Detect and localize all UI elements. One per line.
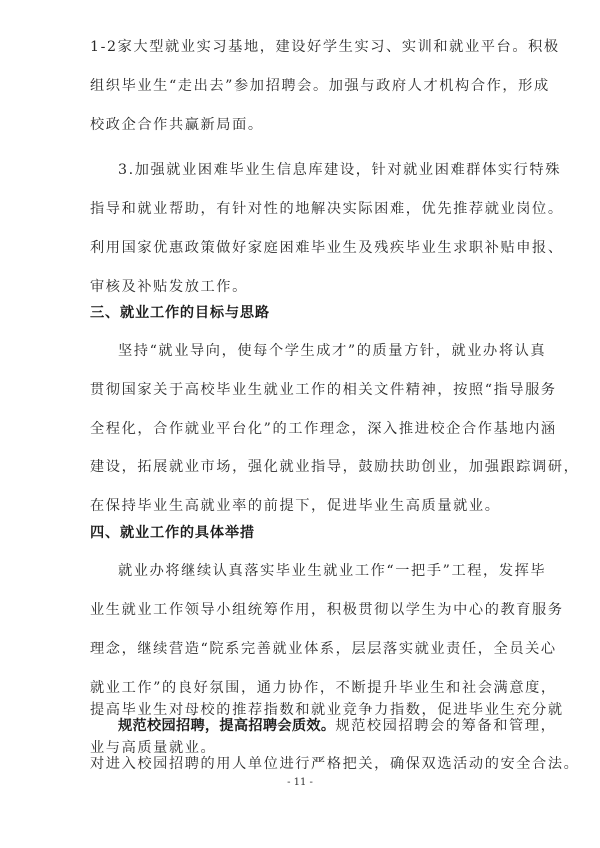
paragraph-line: 业生就业工作领导小组统筹作用，积极贯彻以学生为中心的教育服务 — [90, 600, 515, 620]
paragraph-line: 理念，继续营造“院系完善就业体系，层层落实就业责任，全员关心 — [90, 639, 515, 659]
paragraph-line: 1-2家大型就业实习基地，建设好学生实习、实训和就业平台。积极 — [90, 37, 515, 57]
page-number: - 11 - — [0, 777, 600, 788]
paragraph-text: 规范校园招聘会的筹备和管理， — [335, 718, 556, 734]
paragraph-line: 建设，拓展就业市场，强化就业指导，鼓励扶助创业，加强跟踪调研， — [90, 457, 515, 477]
section-heading-3: 三、就业工作的目标与思路 — [90, 303, 515, 323]
paragraph-line: 在保持毕业生高就业率的前提下，促进毕业生高质量就业。 — [90, 496, 515, 516]
paragraph-line: 组织毕业生“走出去”参加招聘会。加强与政府人才机构合作，形成 — [90, 76, 515, 96]
paragraph-line: 贯彻国家关于高校毕业生就业工作的相关文件精神，按照“指导服务 — [90, 380, 515, 400]
paragraph-line: 就业工作”的良好氛围，通力协作，不断提升毕业生和社会满意度， — [90, 678, 515, 698]
document-page: 1-2家大型就业实习基地，建设好学生实习、实训和就业平台。积极 组织毕业生“走出… — [0, 0, 600, 848]
paragraph-line: 3.加强就业困难毕业生信息库建设，针对就业困难群体实行特殊 — [118, 160, 515, 180]
paragraph-line: 校政企合作共赢新局面。 — [90, 115, 515, 135]
paragraph-line: 利用国家优惠政策做好家庭困难毕业生及残疾毕业生求职补贴申报、 — [90, 238, 515, 258]
paragraph-line: 全程化，合作就业平台化”的工作理念，深入推进校企合作基地内涵 — [90, 419, 515, 439]
bold-lead-text: 规范校园招聘，提高招聘会质效。 — [118, 718, 335, 734]
paragraph-line: 就业办将继续认真落实毕业生就业工作“一把手”工程，发挥毕 — [118, 561, 515, 581]
paragraph-line: 审核及补贴发放工作。 — [90, 277, 515, 297]
paragraph-line: 规范校园招聘，提高招聘会质效。规范校园招聘会的筹备和管理， — [118, 716, 515, 736]
paragraph-line: 指导和就业帮助，有针对性的地解决实际困难，优先推荐就业岗位。 — [90, 199, 515, 219]
paragraph-line: 对进入校园招聘的用人单位进行严格把关，确保双选活动的安全合法。 — [90, 754, 515, 774]
paragraph-line: 坚持“就业导向，使每个学生成才”的质量方针，就业办将认真 — [118, 341, 515, 361]
section-heading-4: 四、就业工作的具体举措 — [90, 523, 515, 543]
